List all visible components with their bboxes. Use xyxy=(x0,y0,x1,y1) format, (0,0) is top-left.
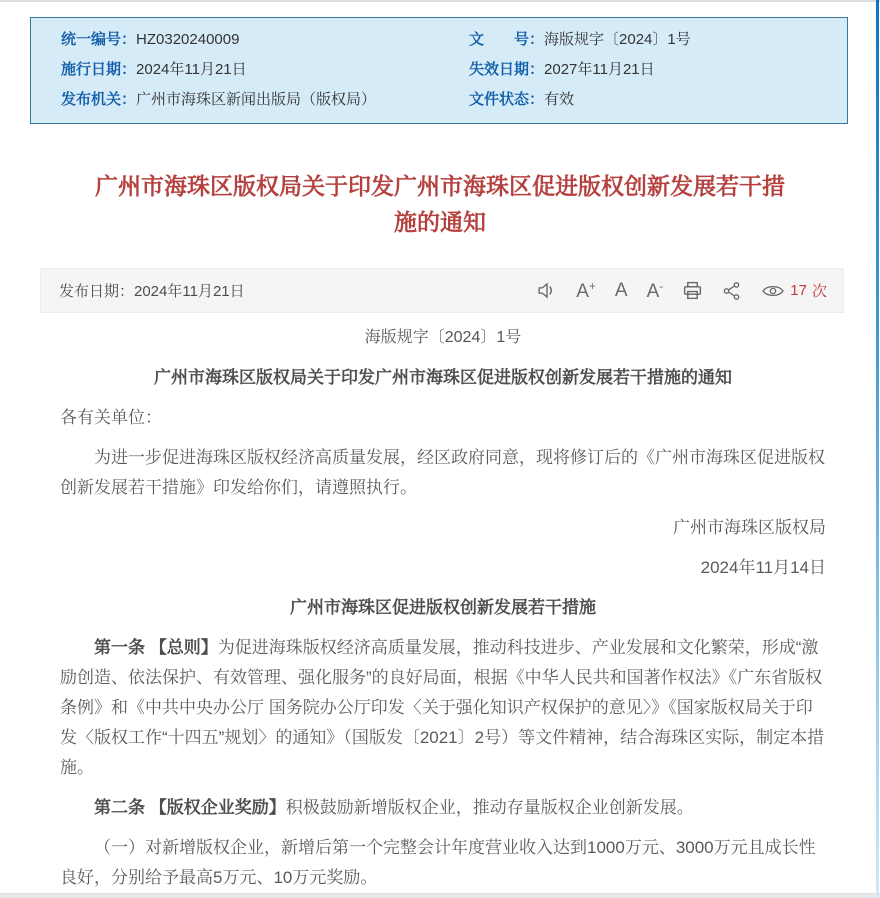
bottom-strip xyxy=(0,893,880,898)
meta-row: 文件状态：有效 xyxy=(469,85,847,115)
meta-label: 发布机关： xyxy=(61,91,136,108)
paragraph: 2024年11月14日 xyxy=(60,553,826,583)
paragraph: 为进一步促进海珠区版权经济高质量发展，经区政府同意，现将修订后的《广州市海珠区促… xyxy=(60,443,826,503)
meta-column-left: 统一编号：HZ0320240009施行日期：2024年11月21日发布机关：广州… xyxy=(31,25,439,115)
views-unit: 次 xyxy=(812,280,827,301)
paragraph: 各有关单位： xyxy=(60,403,826,433)
font-size-controls: A+AA- xyxy=(576,280,663,301)
views-counter: 17 次 xyxy=(761,280,827,301)
clause-title: 第一条 【总则】 xyxy=(94,638,218,657)
meta-row: 统一编号：HZ0320240009 xyxy=(61,25,439,55)
meta-value: 有效 xyxy=(544,91,574,108)
meta-value: 广州市海珠区新闻出版局（版权局） xyxy=(136,91,376,108)
speaker-icon[interactable] xyxy=(536,280,557,301)
paragraph: 第二条 【版权企业奖励】积极鼓励新增版权企业，推动存量版权企业创新发展。 xyxy=(60,793,826,823)
font-increase-button[interactable]: A+ xyxy=(576,280,596,301)
meta-value: 海版规字〔2024〕1号 xyxy=(544,31,691,48)
meta-row: 施行日期：2024年11月21日 xyxy=(61,55,439,85)
meta-value: HZ0320240009 xyxy=(136,31,239,48)
share-icon[interactable] xyxy=(722,281,742,301)
document-meta-box: 统一编号：HZ0320240009施行日期：2024年11月21日发布机关：广州… xyxy=(30,17,848,124)
paragraph: 第一条 【总则】为促进海珠版权经济高质量发展，推动科技进步、产业发展和文化繁荣，… xyxy=(60,633,826,783)
paragraph: 广州市海珠区版权局关于印发广州市海珠区促进版权创新发展若干措施的通知 xyxy=(60,363,826,393)
paragraph: （一）对新增版权企业，新增后第一个完整会计年度营业收入达到1000万元、3000… xyxy=(60,833,826,893)
meta-row: 发布机关：广州市海珠区新闻出版局（版权局） xyxy=(61,85,439,115)
page: 统一编号：HZ0320240009施行日期：2024年11月21日发布机关：广州… xyxy=(0,17,880,893)
meta-value: 2027年11月21日 xyxy=(544,61,655,78)
meta-column-right: 文 号：海版规字〔2024〕1号失效日期：2027年11月21日文件状态：有效 xyxy=(439,25,847,115)
top-hairline xyxy=(0,0,880,2)
meta-label: 统一编号： xyxy=(61,31,136,48)
meta-row: 文 号：海版规字〔2024〕1号 xyxy=(469,25,847,55)
meta-row: 失效日期：2027年11月21日 xyxy=(469,55,847,85)
meta-label: 文 号： xyxy=(469,31,544,48)
article: 海版规字〔2024〕1号广州市海珠区版权局关于印发广州市海珠区促进版权创新发展若… xyxy=(0,323,880,893)
eye-icon xyxy=(761,282,785,300)
font-reset-button[interactable]: A xyxy=(615,281,628,300)
clause-title: 第二条 【版权企业奖励】 xyxy=(94,798,286,817)
toolbar-actions: A+AA- xyxy=(536,280,827,301)
meta-label: 文件状态： xyxy=(469,91,544,108)
font-decrease-button[interactable]: A- xyxy=(647,280,664,301)
meta-value: 2024年11月21日 xyxy=(136,61,247,78)
page-title: 广州市海珠区版权局关于印发广州市海珠区促进版权创新发展若干措施的通知 xyxy=(90,168,790,240)
meta-label: 施行日期： xyxy=(61,61,136,78)
paragraph: 广州市海珠区促进版权创新发展若干措施 xyxy=(60,593,826,623)
paragraph: 海版规字〔2024〕1号 xyxy=(60,323,826,353)
views-count: 17 xyxy=(790,282,807,299)
right-edge-accent xyxy=(876,0,879,898)
print-icon[interactable] xyxy=(682,280,703,301)
paragraph: 广州市海珠区版权局 xyxy=(60,513,826,543)
toolbar: 发布日期：2024年11月21日 A+AA- xyxy=(40,268,844,313)
meta-label: 失效日期： xyxy=(469,61,544,78)
publish-date: 发布日期：2024年11月21日 xyxy=(59,280,245,301)
